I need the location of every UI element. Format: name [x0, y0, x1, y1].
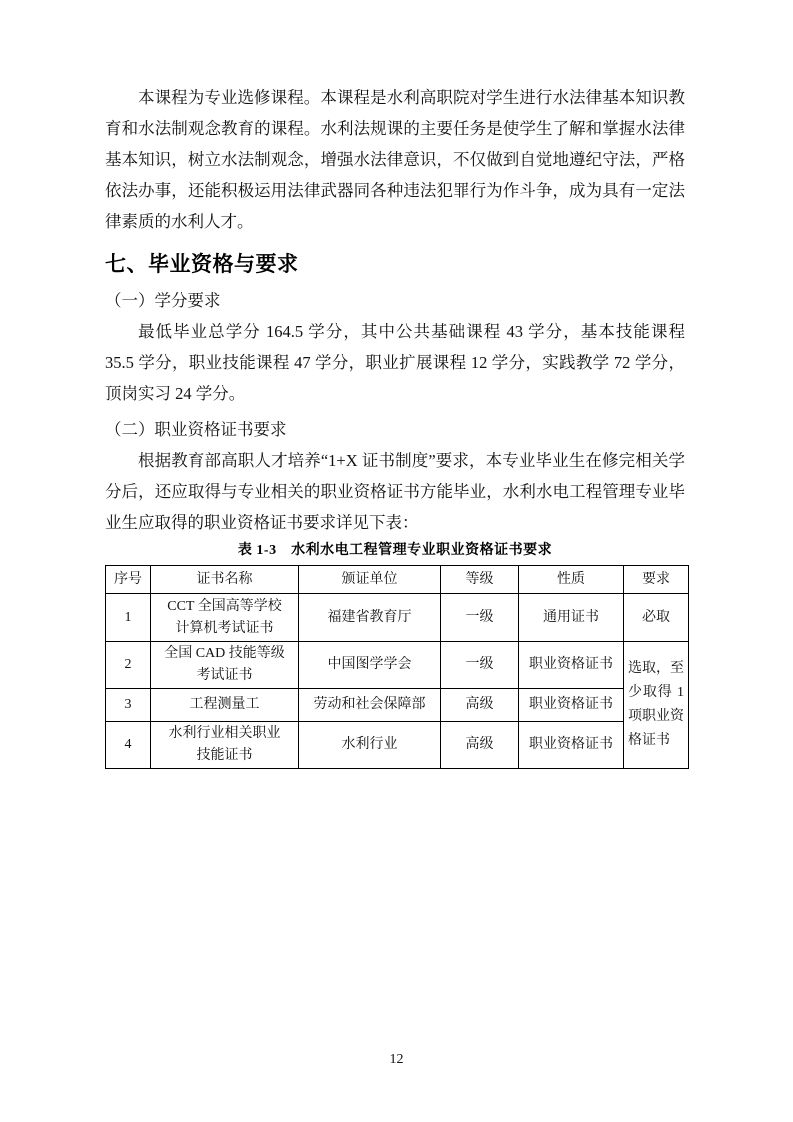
cell-issuer: 中国图学学会: [299, 642, 441, 689]
cell-level: 高级: [441, 689, 519, 722]
table-row: 3 工程测量工 劳动和社会保障部 高级 职业资格证书: [106, 689, 689, 722]
certificate-requirements-paragraph: 根据教育部高职人才培养“1+X 证书制度”要求，本专业毕业生在修完相关学分后，还…: [105, 445, 685, 538]
page-number: 12: [0, 1052, 793, 1068]
subsection-2-title: （二）职业资格证书要求: [105, 414, 685, 445]
cell-requirement-merged: 选取，至少取得 1 项职业资格证书: [624, 642, 689, 769]
cell-issuer: 劳动和社会保障部: [299, 689, 441, 722]
header-cell-name: 证书名称: [151, 566, 299, 594]
subsection-1-title: （一）学分要求: [105, 285, 685, 316]
cell-no: 3: [106, 689, 151, 722]
cell-level: 一级: [441, 594, 519, 642]
header-cell-level: 等级: [441, 566, 519, 594]
cell-nature: 职业资格证书: [519, 642, 624, 689]
cell-no: 1: [106, 594, 151, 642]
document-page: 本课程为专业选修课程。本课程是水利高职院对学生进行水法律基本知识教育和水法制观念…: [0, 0, 793, 1122]
header-cell-requirement: 要求: [624, 566, 689, 594]
cell-no: 2: [106, 642, 151, 689]
cell-certificate-name: 全国 CAD 技能等级 考试证书: [151, 642, 299, 689]
cell-issuer: 福建省教育厅: [299, 594, 441, 642]
cell-certificate-name: CCT 全国高等学校 计算机考试证书: [151, 594, 299, 642]
certificate-table: 序号 证书名称 颁证单位 等级 性质 要求 1 CCT 全国高等学校 计算机考试…: [105, 565, 689, 769]
table-row: 4 水利行业相关职业 技能证书 水利行业 高级 职业资格证书: [106, 722, 689, 769]
cell-level: 一级: [441, 642, 519, 689]
cell-certificate-name: 工程测量工: [151, 689, 299, 722]
table-caption: 表 1-3 水利水电工程管理专业职业资格证书要求: [105, 542, 685, 560]
cell-level: 高级: [441, 722, 519, 769]
cell-nature: 通用证书: [519, 594, 624, 642]
table-header-row: 序号 证书名称 颁证单位 等级 性质 要求: [106, 566, 689, 594]
section-heading: 七、毕业资格与要求: [105, 248, 685, 280]
header-cell-nature: 性质: [519, 566, 624, 594]
cell-no: 4: [106, 722, 151, 769]
cell-issuer: 水利行业: [299, 722, 441, 769]
cell-requirement: 必取: [624, 594, 689, 642]
table-row: 1 CCT 全国高等学校 计算机考试证书 福建省教育厅 一级 通用证书 必取: [106, 594, 689, 642]
header-cell-issuer: 颁证单位: [299, 566, 441, 594]
cell-nature: 职业资格证书: [519, 722, 624, 769]
intro-paragraph: 本课程为专业选修课程。本课程是水利高职院对学生进行水法律基本知识教育和水法制观念…: [105, 82, 685, 237]
cell-certificate-name: 水利行业相关职业 技能证书: [151, 722, 299, 769]
header-cell-no: 序号: [106, 566, 151, 594]
content-area: 本课程为专业选修课程。本课程是水利高职院对学生进行水法律基本知识教育和水法制观念…: [105, 82, 685, 769]
credit-requirements-paragraph: 最低毕业总学分 164.5 学分，其中公共基础课程 43 学分，基本技能课程 3…: [105, 316, 685, 409]
cell-nature: 职业资格证书: [519, 689, 624, 722]
table-row: 2 全国 CAD 技能等级 考试证书 中国图学学会 一级 职业资格证书 选取，至…: [106, 642, 689, 689]
